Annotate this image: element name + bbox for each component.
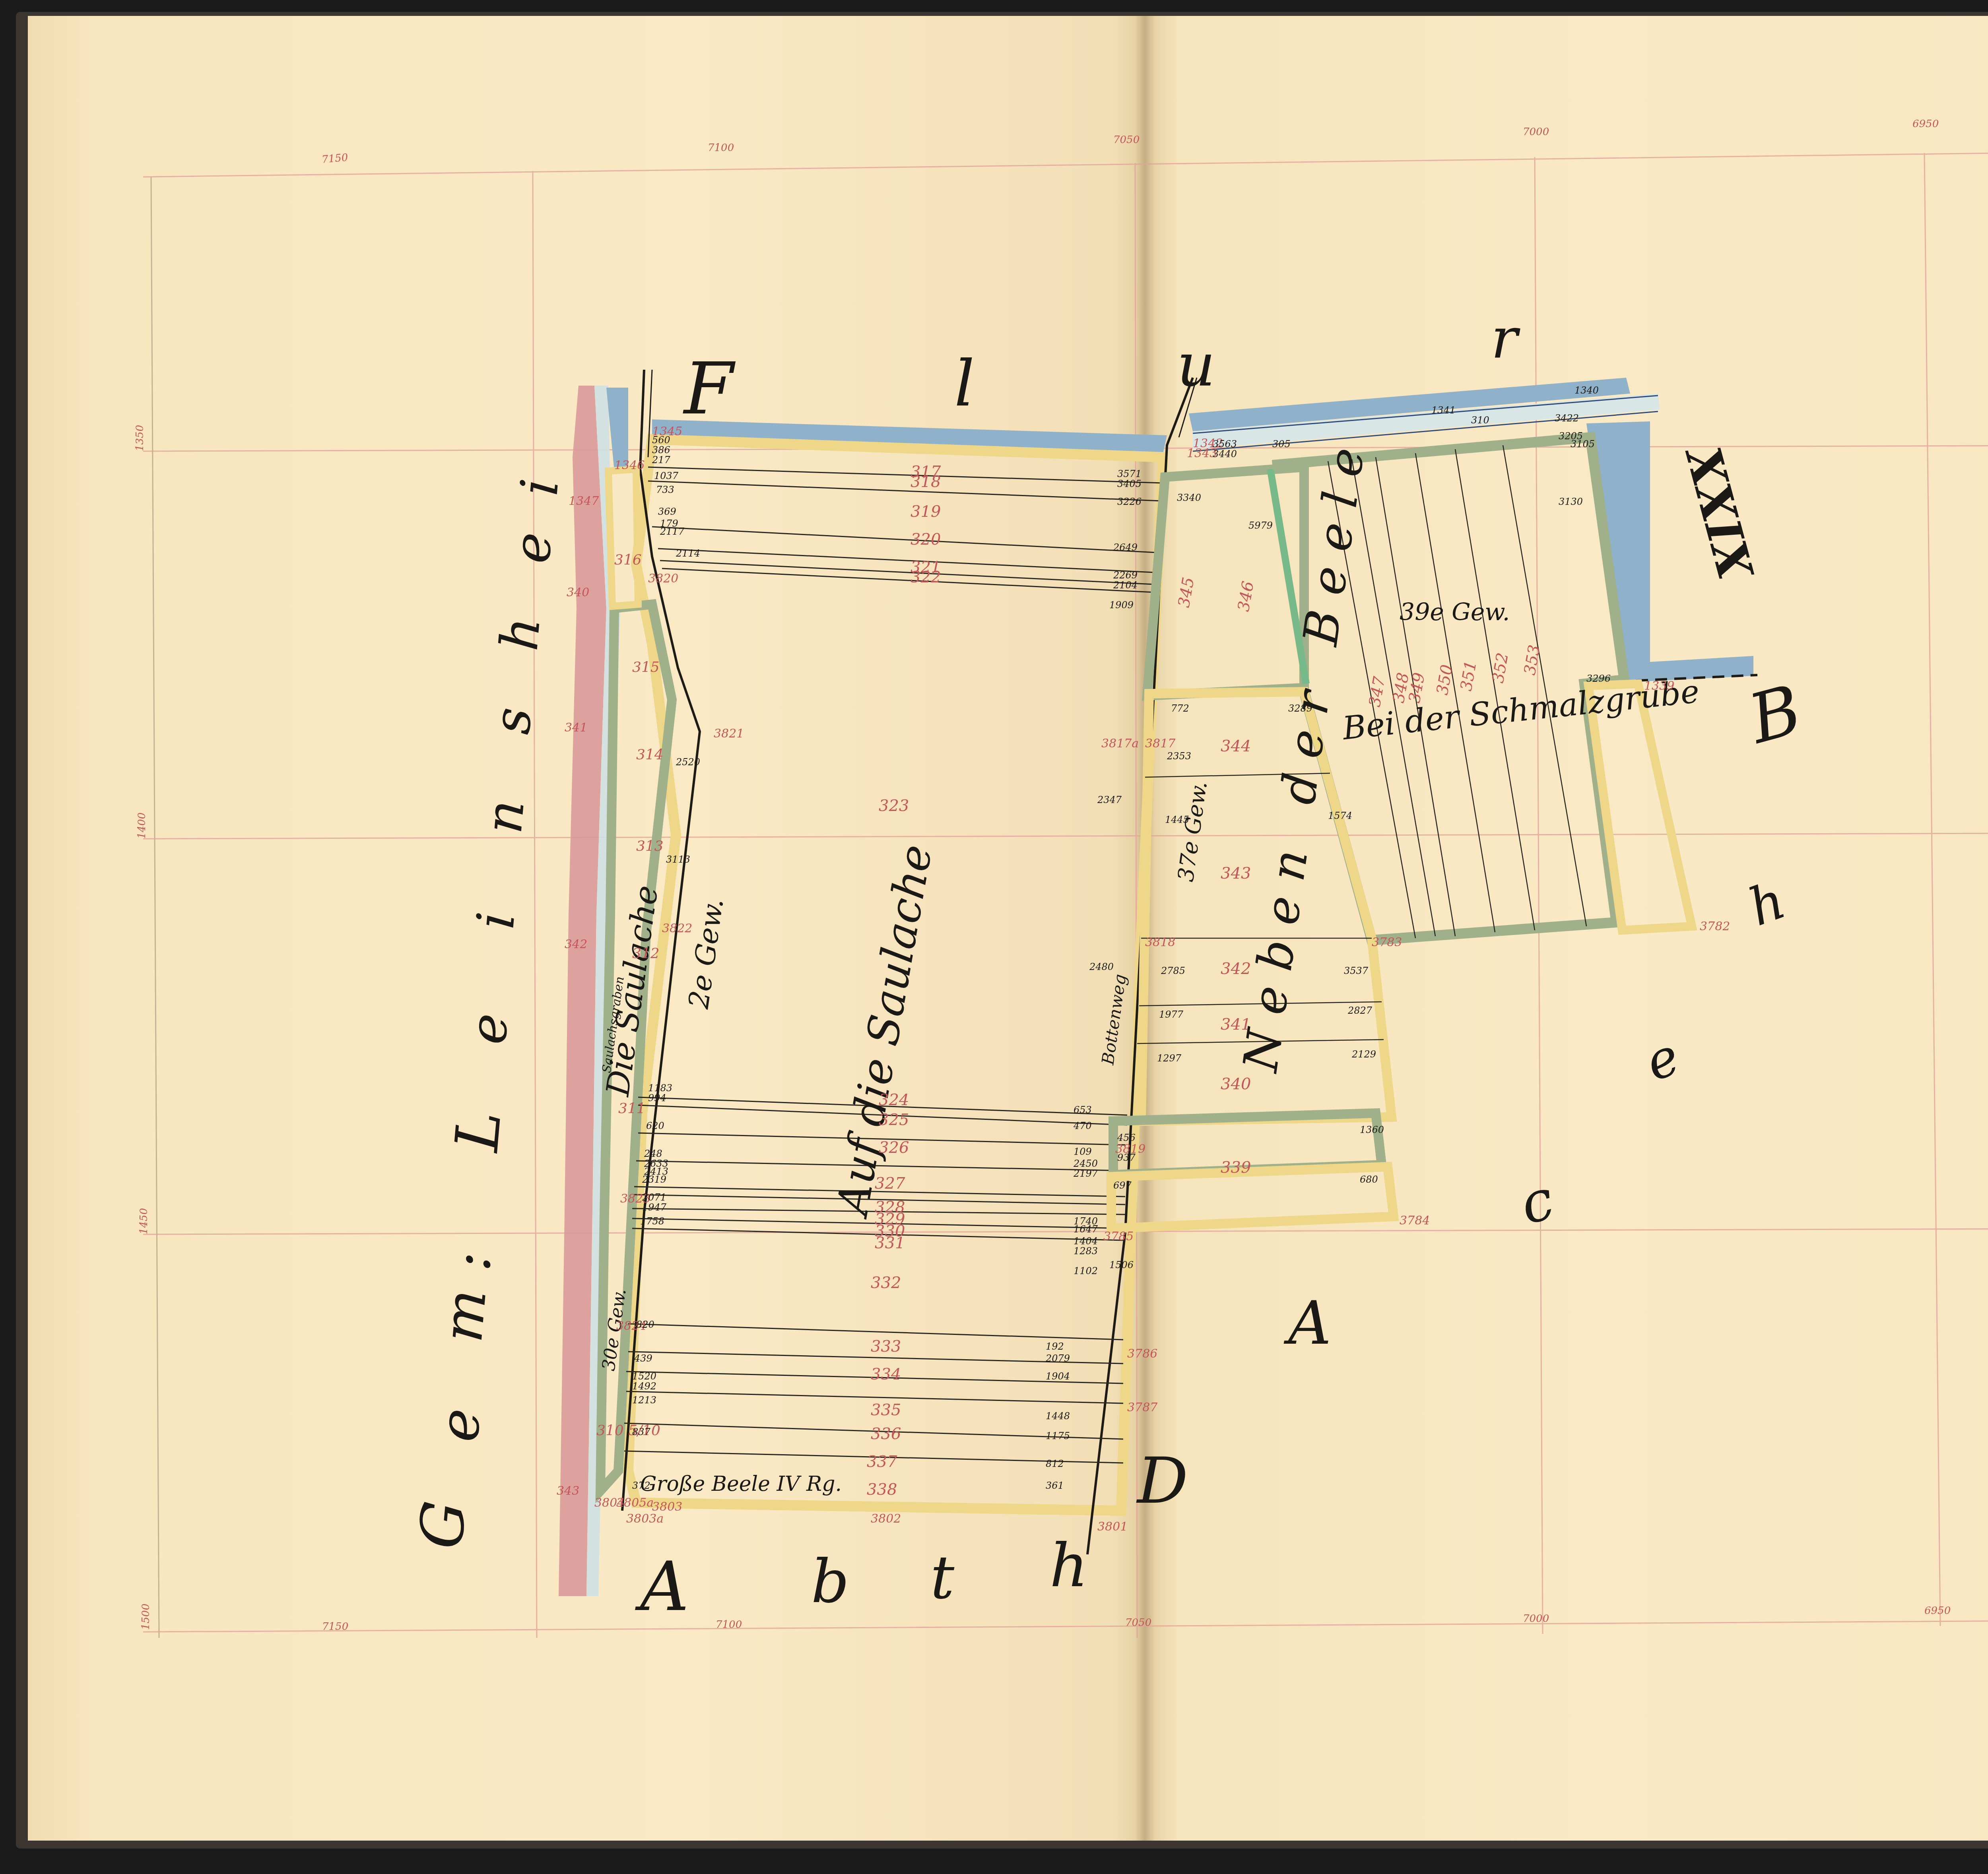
- svg-text:3820: 3820: [648, 572, 678, 586]
- svg-text:3205: 3205: [1559, 431, 1583, 442]
- svg-text:7000: 7000: [1523, 1613, 1549, 1625]
- svg-text:315: 315: [632, 659, 660, 675]
- svg-text:i: i: [509, 476, 570, 498]
- svg-text:6950: 6950: [1912, 118, 1939, 130]
- svg-text:311: 311: [618, 1100, 646, 1117]
- svg-text:2117: 2117: [660, 526, 685, 537]
- svg-text:2827: 2827: [1347, 1005, 1373, 1016]
- svg-text:310: 310: [1471, 415, 1489, 426]
- svg-text:r: r: [1491, 307, 1520, 371]
- svg-text:7150: 7150: [321, 151, 349, 166]
- svg-text:h: h: [1741, 870, 1793, 938]
- svg-text:i: i: [465, 910, 526, 931]
- parcel-block-345-346: [1147, 467, 1304, 696]
- svg-text:325: 325: [879, 1111, 909, 1129]
- svg-text:7050: 7050: [1113, 134, 1140, 146]
- svg-text:7100: 7100: [716, 1619, 742, 1631]
- svg-text:3571: 3571: [1117, 468, 1142, 479]
- svg-text:456: 456: [1117, 1132, 1136, 1143]
- svg-text:3783: 3783: [1372, 935, 1402, 949]
- svg-text:F: F: [683, 347, 736, 431]
- svg-text:333: 333: [871, 1337, 901, 1356]
- svg-text:3787: 3787: [1127, 1401, 1158, 1414]
- svg-text:312: 312: [632, 945, 660, 962]
- svg-text:324: 324: [879, 1091, 909, 1109]
- svg-text:3801: 3801: [1097, 1520, 1128, 1534]
- svg-text:338: 338: [867, 1480, 897, 1499]
- svg-text:7150: 7150: [322, 1621, 348, 1633]
- svg-text:1283: 1283: [1074, 1245, 1098, 1257]
- svg-text:1175: 1175: [1046, 1430, 1070, 1441]
- svg-text:1758: 1758: [640, 1216, 664, 1227]
- svg-text:335: 335: [871, 1401, 901, 1419]
- svg-text:6950: 6950: [1924, 1605, 1951, 1617]
- svg-text:2114: 2114: [676, 548, 700, 559]
- svg-text:2071: 2071: [642, 1192, 666, 1203]
- svg-text:1574: 1574: [1328, 810, 1352, 821]
- svg-text:3226: 3226: [1117, 496, 1142, 507]
- svg-text:l: l: [954, 346, 975, 421]
- svg-text:b: b: [811, 1547, 849, 1616]
- svg-text:1213: 1213: [632, 1395, 656, 1406]
- svg-text:697: 697: [1113, 1180, 1132, 1191]
- svg-text:3822: 3822: [662, 921, 692, 935]
- svg-text:A: A: [1283, 1289, 1331, 1358]
- svg-text:c: c: [1514, 1167, 1561, 1238]
- svg-text:327: 327: [875, 1174, 905, 1193]
- svg-text:3340: 3340: [1177, 492, 1201, 503]
- svg-text:m: m: [430, 1286, 499, 1344]
- svg-text:3805a: 3805a: [616, 1496, 654, 1510]
- svg-text:347: 347: [1366, 675, 1389, 708]
- svg-text:439: 439: [634, 1353, 652, 1364]
- svg-text:3289: 3289: [1288, 703, 1312, 714]
- svg-text:2197: 2197: [1073, 1168, 1098, 1179]
- place-bottenweg: Bottenweg: [1098, 973, 1130, 1066]
- svg-text:L: L: [442, 1109, 514, 1155]
- svg-text:s: s: [481, 705, 543, 737]
- svg-text:1647: 1647: [1074, 1224, 1098, 1235]
- svg-text:e: e: [1638, 1026, 1687, 1093]
- svg-text:3440: 3440: [1213, 448, 1237, 460]
- svg-text:1506: 1506: [1109, 1259, 1134, 1271]
- svg-text:2079: 2079: [1045, 1353, 1070, 1364]
- svg-text:342: 342: [1221, 960, 1251, 978]
- svg-text:h: h: [1050, 1531, 1088, 1600]
- svg-text:1102: 1102: [1074, 1265, 1098, 1276]
- svg-text:3405: 3405: [1117, 478, 1142, 489]
- svg-text:733: 733: [656, 484, 674, 495]
- svg-text:e: e: [457, 1011, 520, 1047]
- svg-text:341: 341: [1221, 1015, 1251, 1034]
- svg-text:1339: 1339: [1644, 679, 1674, 693]
- svg-text:2450: 2450: [1073, 1158, 1098, 1169]
- svg-text:1904: 1904: [1046, 1371, 1070, 1382]
- svg-text:1445: 1445: [1165, 814, 1189, 825]
- svg-text:1450: 1450: [138, 1208, 150, 1234]
- svg-text:3130: 3130: [1559, 496, 1583, 507]
- svg-text:2269: 2269: [1113, 570, 1138, 581]
- gewann-2: 2e Gew.: [682, 896, 730, 1011]
- svg-text:2347: 2347: [1097, 794, 1122, 805]
- svg-text:336: 336: [871, 1425, 901, 1443]
- svg-text:3818: 3818: [1145, 935, 1175, 949]
- sheet-number: XXIX: [1674, 439, 1764, 586]
- svg-text:3563: 3563: [1213, 438, 1237, 450]
- svg-text:994: 994: [648, 1092, 666, 1104]
- svg-text:313: 313: [636, 838, 664, 854]
- svg-text:305: 305: [1272, 438, 1291, 450]
- svg-text:1360: 1360: [1360, 1124, 1384, 1135]
- svg-text:319: 319: [911, 502, 941, 521]
- svg-text:337: 337: [867, 1453, 897, 1471]
- svg-text:320: 320: [911, 530, 941, 549]
- svg-text:D: D: [1136, 1443, 1188, 1518]
- parcel-339a: [1111, 1167, 1394, 1228]
- svg-text:1500: 1500: [140, 1604, 152, 1630]
- svg-text:3422: 3422: [1555, 413, 1579, 424]
- svg-text:1350: 1350: [134, 425, 146, 451]
- svg-text:620: 620: [646, 1120, 664, 1131]
- svg-text:2353: 2353: [1167, 751, 1191, 762]
- svg-text:344: 344: [1221, 737, 1251, 755]
- cadastral-map: 7150 7100 7050 7000 6950 7150 7100 7050 …: [0, 0, 1988, 1874]
- svg-text:331: 331: [875, 1234, 905, 1252]
- svg-text:361: 361: [1046, 1480, 1064, 1491]
- svg-text:341: 341: [565, 721, 587, 735]
- svg-text:A: A: [635, 1548, 689, 1626]
- gewann-39: 39e Gew.: [1400, 598, 1510, 626]
- svg-text:7100: 7100: [708, 142, 734, 154]
- svg-text:1400: 1400: [136, 813, 148, 839]
- svg-text:353: 353: [1521, 644, 1544, 677]
- svg-text:1448: 1448: [1046, 1410, 1070, 1422]
- svg-text:334: 334: [871, 1365, 901, 1383]
- svg-text:772: 772: [1171, 703, 1189, 714]
- svg-text:3803a: 3803a: [626, 1512, 664, 1526]
- svg-text:192: 192: [1046, 1341, 1064, 1352]
- svg-text:351: 351: [1457, 660, 1481, 693]
- svg-text:350: 350: [1433, 663, 1457, 696]
- svg-text:2319: 2319: [642, 1174, 666, 1185]
- parcel-3296: [1588, 684, 1692, 930]
- svg-text:3296: 3296: [1586, 673, 1611, 684]
- svg-text:653: 653: [1074, 1104, 1092, 1115]
- svg-text:217: 217: [652, 454, 671, 466]
- place-saulache: Auf die Saulache: [826, 841, 942, 1222]
- svg-text:340: 340: [1221, 1075, 1251, 1093]
- svg-text:318: 318: [911, 473, 941, 491]
- svg-text:2649: 2649: [1113, 542, 1138, 553]
- svg-text:2480: 2480: [1089, 961, 1114, 972]
- svg-text:t: t: [930, 1543, 955, 1612]
- svg-text:343: 343: [557, 1484, 579, 1498]
- svg-text:h: h: [489, 615, 552, 653]
- grid-labels-top: 7150 7100 7050 7000 6950: [321, 118, 1939, 166]
- svg-text:1492: 1492: [632, 1381, 656, 1392]
- svg-text:310 5/10: 310 5/10: [596, 1422, 660, 1439]
- svg-text:7050: 7050: [1125, 1617, 1151, 1629]
- svg-text:3113: 3113: [666, 854, 690, 865]
- svg-text:837: 837: [632, 1426, 651, 1438]
- svg-text:3817: 3817: [1145, 737, 1176, 751]
- svg-text:372: 372: [632, 1480, 650, 1491]
- svg-text:680: 680: [1360, 1174, 1378, 1185]
- svg-text:3782: 3782: [1700, 920, 1730, 933]
- svg-text:1404: 1404: [1074, 1236, 1098, 1247]
- svg-text:248: 248: [644, 1148, 662, 1159]
- svg-text:2129: 2129: [1351, 1049, 1376, 1060]
- svg-text:7000: 7000: [1523, 126, 1549, 138]
- lettering-abtheilung: A b t h: [635, 1531, 1088, 1626]
- svg-text:323: 323: [879, 797, 909, 815]
- svg-text:332: 332: [871, 1274, 901, 1292]
- svg-text:1909: 1909: [1109, 599, 1134, 611]
- grid-labels-bottom: 7150 7100 7050 7000 6950: [322, 1605, 1951, 1633]
- grid-labels-left: 1350 1400 1450 1500: [134, 425, 152, 1630]
- svg-text:5979: 5979: [1248, 520, 1273, 531]
- svg-text:1977: 1977: [1159, 1009, 1184, 1020]
- svg-text:1947: 1947: [642, 1202, 667, 1213]
- svg-text:n: n: [473, 797, 536, 836]
- svg-text:560: 560: [652, 435, 670, 446]
- svg-text:352: 352: [1489, 652, 1512, 685]
- svg-text:1340: 1340: [1574, 385, 1599, 396]
- svg-text:G: G: [407, 1498, 480, 1552]
- place-grosse-beele: Große Beele IV Rg.: [640, 1472, 842, 1496]
- svg-text:386: 386: [652, 444, 670, 456]
- svg-text:340: 340: [567, 586, 589, 599]
- svg-text:2104: 2104: [1113, 580, 1138, 591]
- svg-text:346: 346: [1235, 580, 1258, 613]
- svg-text:339: 339: [1221, 1158, 1251, 1177]
- svg-text:3537: 3537: [1344, 965, 1369, 976]
- svg-text:3821: 3821: [714, 727, 744, 741]
- svg-text:3784: 3784: [1400, 1214, 1430, 1228]
- svg-text:470: 470: [1073, 1120, 1092, 1131]
- svg-text:u: u: [1177, 331, 1215, 400]
- svg-text:326: 326: [879, 1139, 909, 1157]
- svg-text:314: 314: [636, 747, 664, 763]
- svg-text:3786: 3786: [1127, 1347, 1157, 1361]
- svg-text:343: 343: [1221, 864, 1251, 883]
- svg-text:109: 109: [1074, 1146, 1092, 1157]
- svg-text:1347: 1347: [569, 494, 599, 508]
- svg-text:1183: 1183: [648, 1082, 672, 1094]
- svg-text:1037: 1037: [654, 470, 679, 481]
- svg-text:820: 820: [636, 1319, 654, 1330]
- svg-text:812: 812: [1046, 1458, 1064, 1469]
- svg-text:2520: 2520: [676, 757, 700, 768]
- svg-text:322: 322: [911, 568, 941, 586]
- svg-text:1297: 1297: [1157, 1053, 1182, 1064]
- parcel-316-yellow: [608, 469, 638, 606]
- svg-text:1520: 1520: [632, 1371, 656, 1382]
- svg-text:3785: 3785: [1103, 1230, 1134, 1244]
- svg-text:342: 342: [565, 937, 587, 951]
- svg-text:3817a: 3817a: [1101, 737, 1139, 751]
- svg-text:2785: 2785: [1161, 965, 1185, 976]
- svg-text:1341: 1341: [1431, 405, 1456, 416]
- svg-text:3802: 3802: [871, 1512, 901, 1526]
- svg-text:e: e: [426, 1406, 493, 1444]
- svg-text:316: 316: [614, 552, 642, 568]
- svg-text:937: 937: [1117, 1152, 1136, 1163]
- scanned-atlas-spread: 7150 7100 7050 7000 6950 7150 7100 7050 …: [0, 0, 1988, 1874]
- svg-text:1346: 1346: [614, 458, 645, 472]
- gewann-37: 37e Gew.: [1173, 780, 1212, 883]
- svg-text:369: 369: [658, 506, 676, 517]
- svg-text:e: e: [501, 530, 563, 566]
- svg-text:345: 345: [1175, 576, 1198, 609]
- svg-text:B: B: [1740, 670, 1809, 759]
